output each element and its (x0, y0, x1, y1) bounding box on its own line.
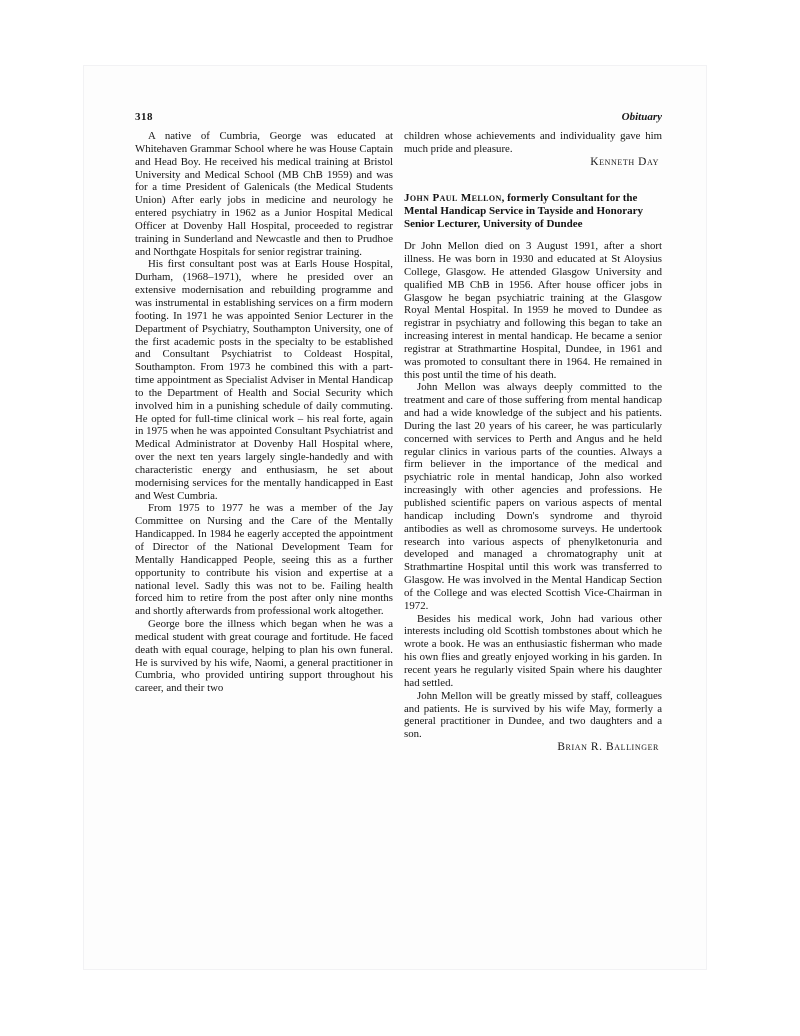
paragraph: Besides his medical work, John had vario… (404, 613, 662, 690)
paragraph: George bore the illness which began when… (135, 618, 393, 695)
author-signature-kenneth-day: Kenneth Day (404, 156, 662, 169)
page-content: 318 Obituary A native of Cumbria, George… (135, 111, 662, 754)
author-signature-brian-ballinger: Brian R. Ballinger (404, 741, 662, 754)
two-column-text-block: A native of Cumbria, George was educated… (135, 130, 662, 754)
journal-page: 318 Obituary A native of Cumbria, George… (84, 66, 706, 969)
running-head: Obituary (622, 111, 662, 123)
paragraph: His first consultant post was at Earls H… (135, 258, 393, 502)
scanned-journal-page-canvas: 318 Obituary A native of Cumbria, George… (0, 0, 800, 1036)
paragraph: John Mellon will be greatly missed by st… (404, 690, 662, 741)
paragraph: From 1975 to 1977 he was a member of the… (135, 502, 393, 618)
page-header: 318 Obituary (135, 111, 662, 123)
obituary-heading: John Paul Mellon, formerly Consultant fo… (404, 192, 662, 232)
paragraph: Dr John Mellon died on 3 August 1991, af… (404, 240, 662, 381)
obituary-heading-name: John Paul Mellon (404, 192, 502, 204)
paragraph-continuation: children whose achievements and individu… (404, 130, 662, 156)
left-column: A native of Cumbria, George was educated… (135, 130, 393, 754)
right-column: children whose achievements and individu… (404, 130, 662, 754)
page-number: 318 (135, 111, 153, 123)
paragraph: A native of Cumbria, George was educated… (135, 130, 393, 258)
paragraph: John Mellon was always deeply committed … (404, 381, 662, 612)
